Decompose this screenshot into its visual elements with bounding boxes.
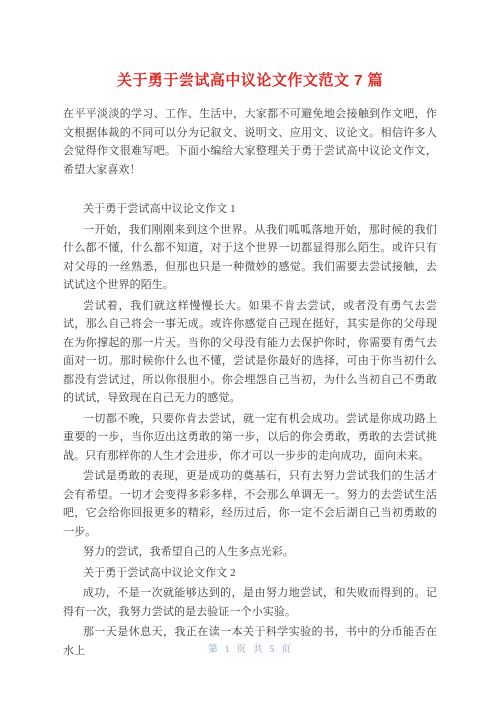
page-label-suffix: 页 [281, 641, 292, 655]
document-body: 在平平淡淡的学习、工作、生活中，大家都不可避免地会接触到作文吧，作文根据体裁的不… [63, 105, 437, 660]
current-page-number: 1 [225, 645, 231, 655]
paragraph: 尝试着，我们就这样慢慢长大。如果不肯去尝试，或者没有勇气去尝试，那么自己将会一事… [63, 297, 437, 408]
page-label-word: 页 [236, 641, 247, 655]
document-page: 关于勇于尝试高中议论文作文范文 7 篇 在平平淡淡的学习、工作、生活中，大家都不… [0, 0, 500, 707]
total-label-word: 共 [253, 641, 264, 655]
paragraph: 成功，不是一次就能够达到的，是由努力地尝试，和失败而得到的。记得有一次，我努力尝… [63, 584, 437, 621]
paragraph: 一开始，我们刚刚来到这个世界。从我们呱呱落地开始，那时候的我们什么都不懂，什么都… [63, 221, 437, 295]
intro-paragraph: 在平平淡淡的学习、工作、生活中，大家都不可避免地会接触到作文吧，作文根据体裁的不… [63, 105, 437, 179]
paragraph: 尝试是勇敢的表现，更是成功的奠基石，只有去努力尝试我们的生活才会有希望。一切才会… [63, 467, 437, 541]
total-page-number: 5 [270, 645, 276, 655]
section-1-heading: 关于勇于尝试高中议论文作文 1 [63, 200, 437, 219]
section-2-heading: 关于勇于尝试高中议论文作文 2 [63, 564, 437, 583]
document-title: 关于勇于尝试高中议论文作文范文 7 篇 [63, 70, 437, 92]
page-label-prefix: 第 [208, 641, 219, 655]
page-footer: 第 1 页 共 5 页 [0, 641, 500, 655]
paragraph: 一切都不晚，只要你肯去尝试，就一定有机会成功。尝试是你成功路上重要的一步，当你迈… [63, 410, 437, 466]
paragraph: 努力的尝试，我希望自己的人生多点光彩。 [63, 543, 437, 562]
